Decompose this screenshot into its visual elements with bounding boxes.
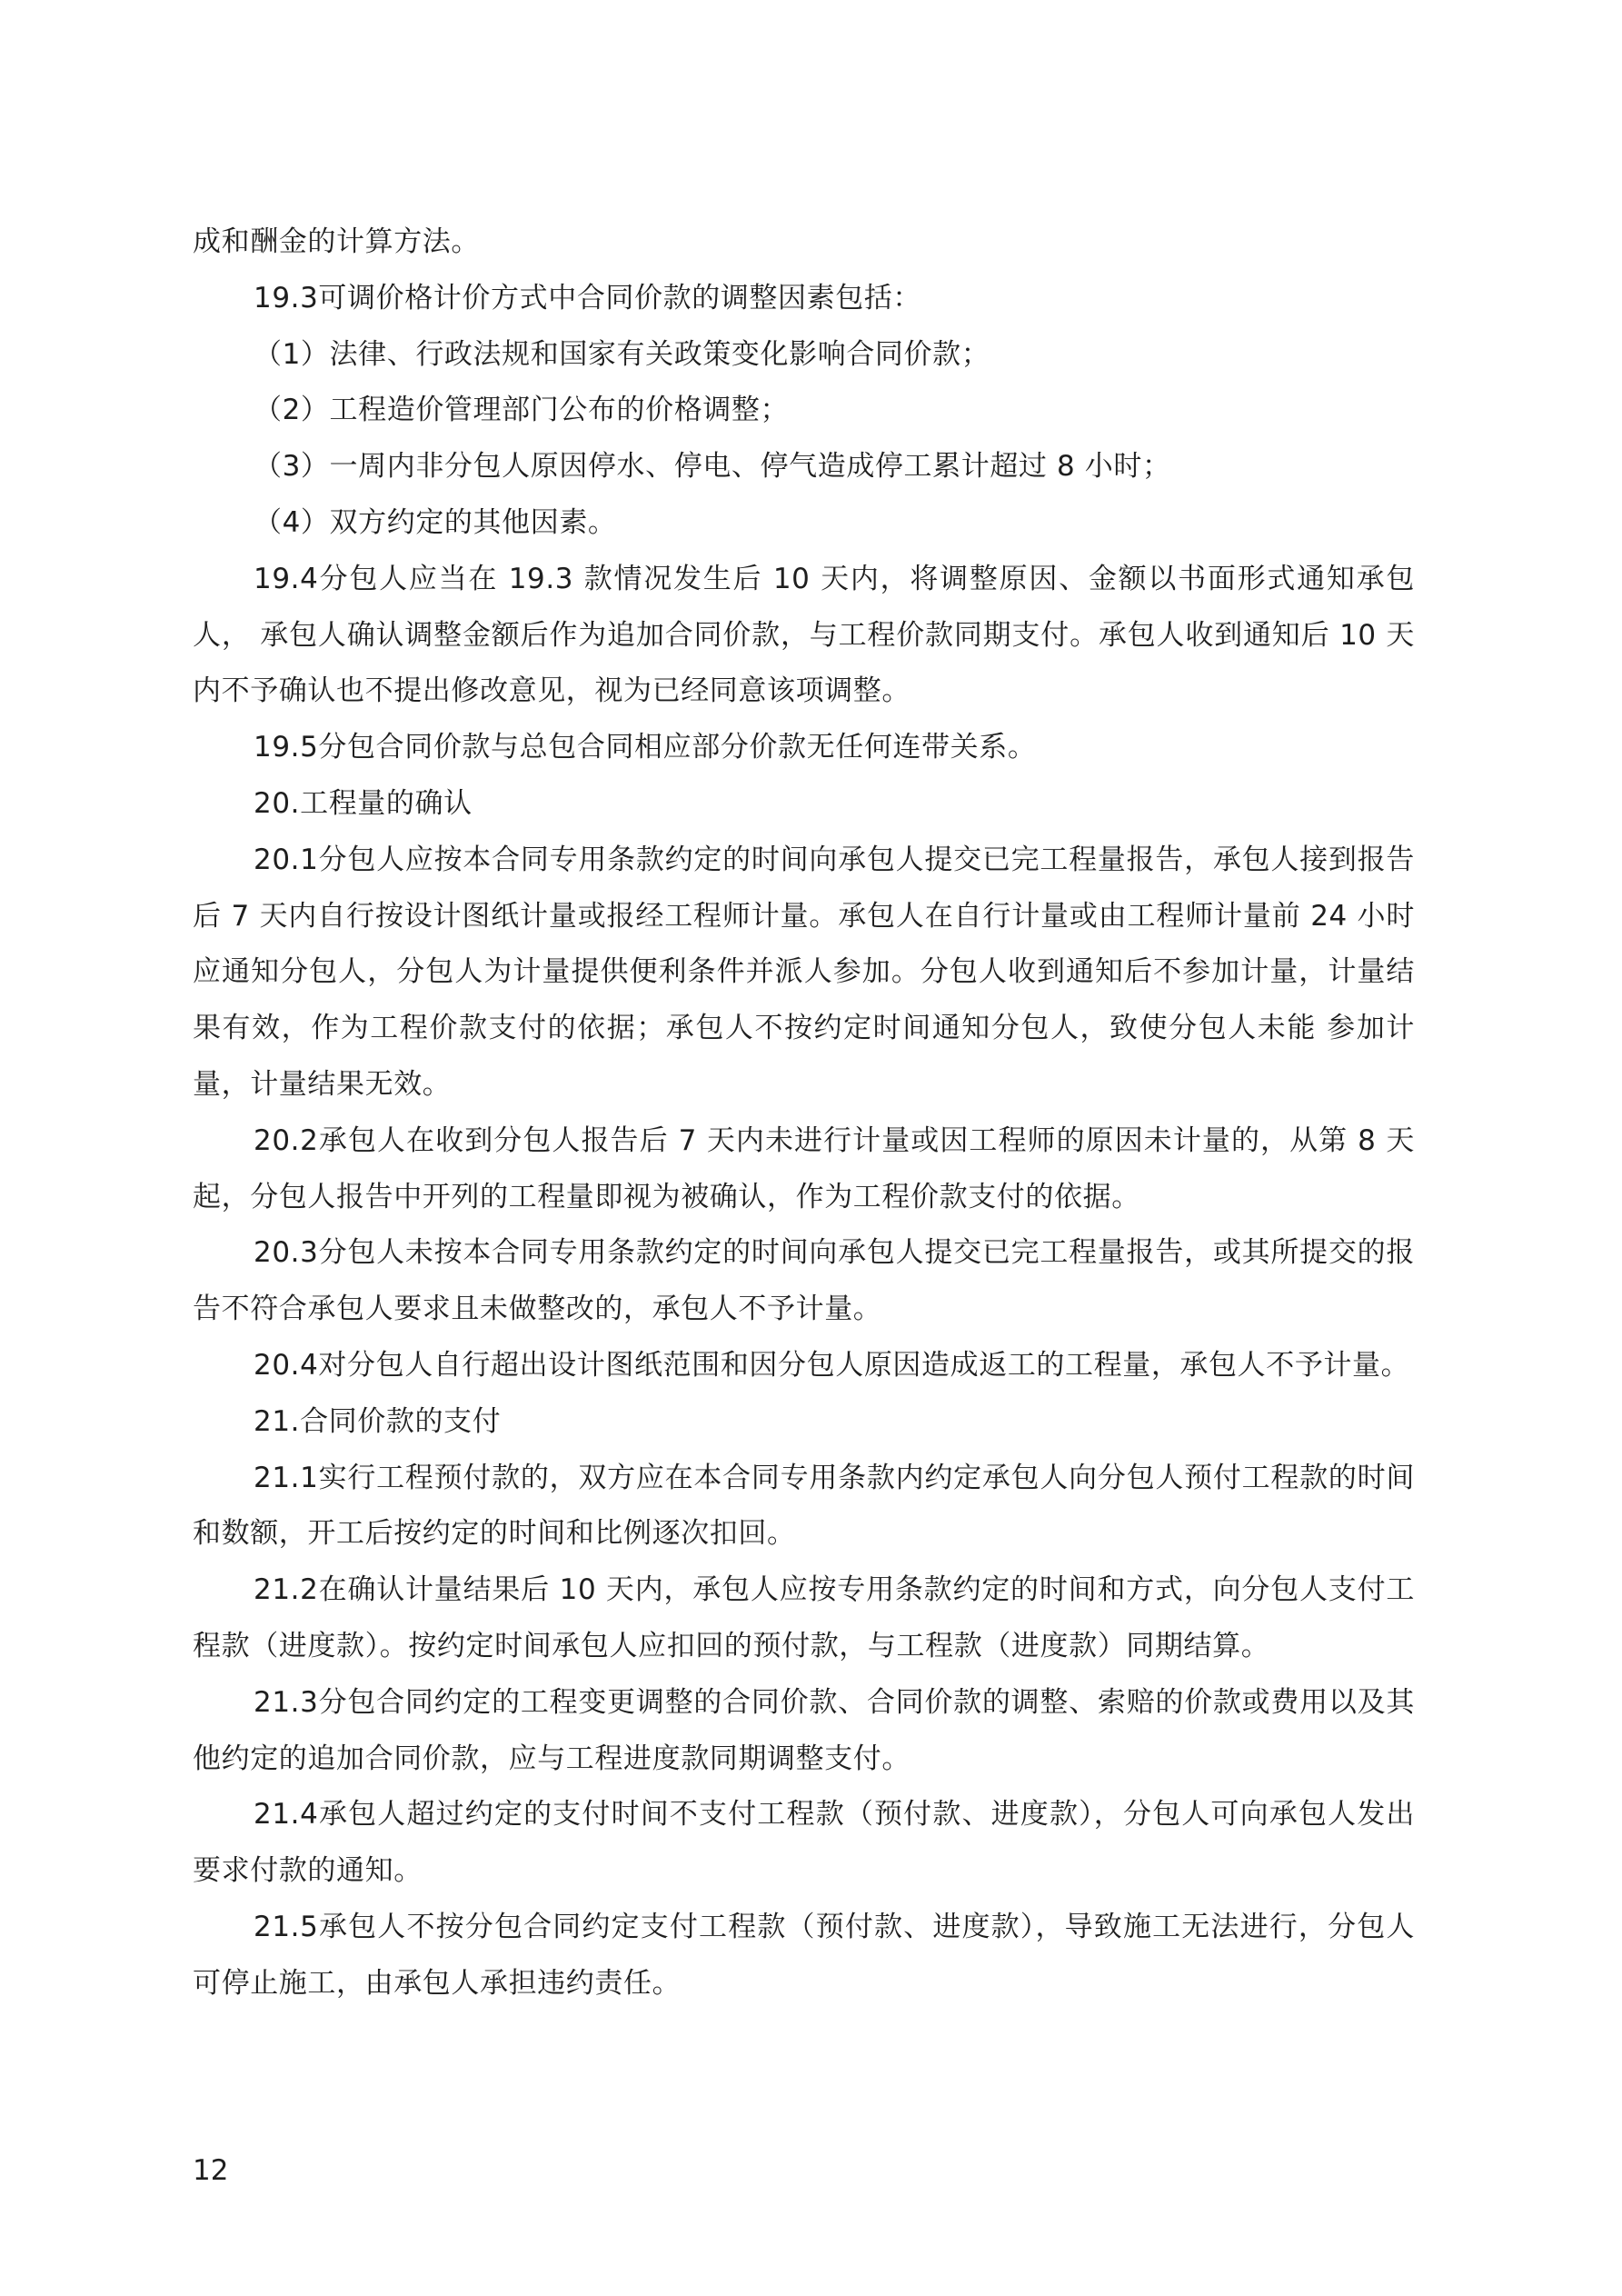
clause-19-3-item-2: （2）工程造价管理部门公布的价格调整； — [193, 383, 1415, 439]
clause-21-2: 21.2在确认计量结果后 10 天内，承包人应按专用条款约定的时间和方式，向分包… — [193, 1562, 1415, 1675]
document-body: 成和酬金的计算方法。 19.3可调价格计价方式中合同价款的调整因素包括： （1）… — [193, 215, 1415, 2012]
clause-21-5: 21.5承包人不按分包合同约定支付工程款（预付款、进度款），导致施工无法进行，分… — [193, 1900, 1415, 2012]
clause-19-5: 19.5分包合同价款与总包合同相应部分价款无任何连带关系。 — [193, 720, 1415, 776]
document-page: 成和酬金的计算方法。 19.3可调价格计价方式中合同价款的调整因素包括： （1）… — [0, 0, 1622, 2296]
clause-20-2: 20.2承包人在收到分包人报告后 7 天内未进行计量或因工程师的原因未计量的，从… — [193, 1113, 1415, 1226]
clause-19-3: 19.3可调价格计价方式中合同价款的调整因素包括： — [193, 271, 1415, 327]
clause-19-4: 19.4分包人应当在 19.3 款情况发生后 10 天内，将调整原因、金额以书面… — [193, 552, 1415, 720]
section-heading-20: 20.工程量的确认 — [193, 776, 1415, 833]
clause-21-1: 21.1实行工程预付款的，双方应在本合同专用条款内约定承包人向分包人预付工程款的… — [193, 1451, 1415, 1563]
clause-19-3-item-1: （1）法律、行政法规和国家有关政策变化影响合同价款； — [193, 327, 1415, 384]
clause-20-3: 20.3分包人未按本合同专用条款约定的时间向承包人提交已完工程量报告，或其所提交… — [193, 1225, 1415, 1338]
clause-21-4: 21.4承包人超过约定的支付时间不支付工程款（预付款、进度款），分包人可向承包人… — [193, 1787, 1415, 1900]
clause-20-1: 20.1分包人应按本合同专用条款约定的时间向承包人提交已完工程量报告，承包人接到… — [193, 833, 1415, 1113]
clause-19-3-item-4: （4）双方约定的其他因素。 — [193, 495, 1415, 552]
clause-20-4: 20.4对分包人自行超出设计图纸范围和因分包人原因造成返工的工程量，承包人不予计… — [193, 1338, 1415, 1394]
paragraph-continuation: 成和酬金的计算方法。 — [193, 215, 1415, 271]
clause-19-3-item-3: （3）一周内非分包人原因停水、停电、停气造成停工累计超过 8 小时； — [193, 439, 1415, 495]
section-heading-21: 21.合同价款的支付 — [193, 1394, 1415, 1451]
clause-21-3: 21.3分包合同约定的工程变更调整的合同价款、合同价款的调整、索赔的价款或费用以… — [193, 1675, 1415, 1788]
page-number: 12 — [193, 2154, 228, 2187]
